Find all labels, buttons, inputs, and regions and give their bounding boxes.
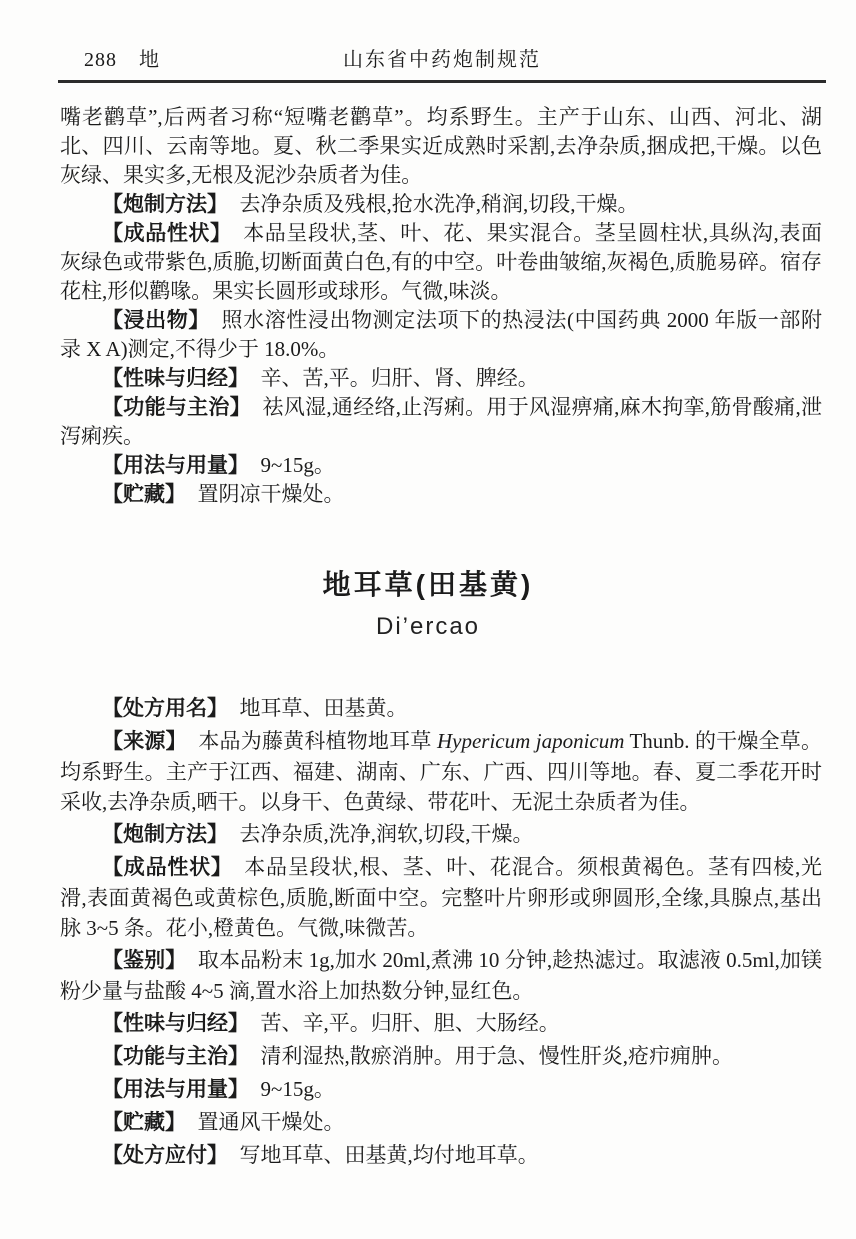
entry-text: 去净杂质,洗净,润软,切段,干燥。 <box>240 822 534 846</box>
entry-label: 【性味与归经】 <box>102 367 249 390</box>
entry-label: 【浸出物】 <box>102 309 210 332</box>
scanned-book-page: 288地 山东省中药炮制规范 嘴老鹳草”,后两者习称“短嘴老鹳草”。均系野生。主… <box>0 0 856 1239</box>
entry-label: 【成品性状】 <box>102 222 232 245</box>
entry-label: 【炮制方法】 <box>102 823 228 846</box>
entry-label: 【功能与主治】 <box>102 1045 249 1068</box>
entry-text: 辛、苦,平。归肝、肾、脾经。 <box>261 366 539 390</box>
entry-dosage: 【用法与用量】9~15g。 <box>60 451 822 480</box>
entry-functions-indications: 【功能与主治】清利湿热,散瘀消肿。用于急、慢性肝炎,疮疖痈肿。 <box>60 1041 822 1072</box>
monograph-body: 【处方用名】地耳草、田基黄。 【来源】本品为藤黄科植物地耳草 Hypericum… <box>60 693 822 1171</box>
entry-text: 清利湿热,散瘀消肿。用于急、慢性肝炎,疮疖痈肿。 <box>261 1044 734 1068</box>
entry-label: 【用法与用量】 <box>102 454 249 477</box>
entry-label: 【用法与用量】 <box>102 1078 249 1101</box>
entry-label: 【来源】 <box>102 730 187 753</box>
entry-label: 【鉴别】 <box>102 949 186 972</box>
continuation-paragraph: 嘴老鹳草”,后两者习称“短嘴老鹳草”。均系野生。主产于山东、山西、河北、湖北、四… <box>60 103 822 190</box>
entry-label: 【贮藏】 <box>102 483 186 506</box>
entry-text: 置通风干燥处。 <box>198 1110 345 1134</box>
entry-functions-indications: 【功能与主治】祛风湿,通经络,止泻痢。用于风湿痹痛,麻木拘挛,筋骨酸痛,泄泻痢疾… <box>60 393 822 451</box>
entry-label: 【炮制方法】 <box>102 193 228 216</box>
entry-text: 置阴凉干燥处。 <box>198 482 345 506</box>
previous-monograph-continuation: 嘴老鹳草”,后两者习称“短嘴老鹳草”。均系野生。主产于山东、山西、河北、湖北、四… <box>60 103 822 509</box>
entry-text: 9~15g。 <box>261 453 335 477</box>
entry-prescription-dispensing: 【处方应付】写地耳草、田基黄,均付地耳草。 <box>60 1140 822 1171</box>
entry-text: 去净杂质及残根,抢水洗净,稍润,切段,干燥。 <box>240 192 639 216</box>
entry-label: 【功能与主治】 <box>102 396 251 419</box>
running-head: 288地 山东省中药炮制规范 <box>58 0 826 83</box>
entry-text-before-latin: 本品为藤黄科植物地耳草 <box>198 729 437 753</box>
entry-label: 【性味与归经】 <box>102 1012 249 1035</box>
latin-botanical-name: Hypericum japonicum <box>437 729 624 753</box>
entry-prescription-names: 【处方用名】地耳草、田基黄。 <box>60 693 822 724</box>
entry-label: 【贮藏】 <box>102 1111 186 1134</box>
entry-text: 苦、辛,平。归肝、胆、大肠经。 <box>261 1011 560 1035</box>
entry-source: 【来源】本品为藤黄科植物地耳草 Hypericum japonicum Thun… <box>60 726 822 817</box>
monograph-pinyin: Di’ercao <box>0 613 856 641</box>
entry-product-characteristics: 【成品性状】本品呈段状,根、茎、叶、花混合。须根黄褐色。茎有四棱,光滑,表面黄褐… <box>60 852 822 943</box>
entry-text: 9~15g。 <box>261 1077 335 1101</box>
entry-flavor-meridians: 【性味与归经】苦、辛,平。归肝、胆、大肠经。 <box>60 1008 822 1039</box>
entry-processing-method: 【炮制方法】去净杂质及残根,抢水洗净,稍润,切段,干燥。 <box>60 190 822 219</box>
book-title: 山东省中药炮制规范 <box>58 43 826 72</box>
monograph-title: 地耳草(田基黄) <box>0 563 856 603</box>
entry-label: 【处方应付】 <box>102 1144 228 1167</box>
entry-processing-method: 【炮制方法】去净杂质,洗净,润软,切段,干燥。 <box>60 819 822 850</box>
entry-text: 写地耳草、田基黄,均付地耳草。 <box>240 1143 539 1167</box>
entry-product-characteristics: 【成品性状】本品呈段状,茎、叶、花、果实混合。茎呈圆柱状,具纵沟,表面灰绿色或带… <box>60 219 822 306</box>
entry-text: 地耳草、田基黄。 <box>240 696 408 720</box>
monograph-title-block: 地耳草(田基黄) Di’ercao <box>0 563 856 641</box>
entry-label: 【成品性状】 <box>102 856 233 879</box>
entry-storage: 【贮藏】置通风干燥处。 <box>60 1107 822 1138</box>
entry-label: 【处方用名】 <box>102 697 228 720</box>
entry-storage: 【贮藏】置阴凉干燥处。 <box>60 480 822 509</box>
entry-flavor-meridians: 【性味与归经】辛、苦,平。归肝、肾、脾经。 <box>60 364 822 393</box>
entry-identification: 【鉴别】取本品粉末 1g,加水 20ml,煮沸 10 分钟,趁热滤过。取滤液 0… <box>60 945 822 1006</box>
entry-dosage: 【用法与用量】9~15g。 <box>60 1074 822 1105</box>
entry-extractives: 【浸出物】照水溶性浸出物测定法项下的热浸法(中国药典 2000 年版一部附录 X… <box>60 306 822 364</box>
